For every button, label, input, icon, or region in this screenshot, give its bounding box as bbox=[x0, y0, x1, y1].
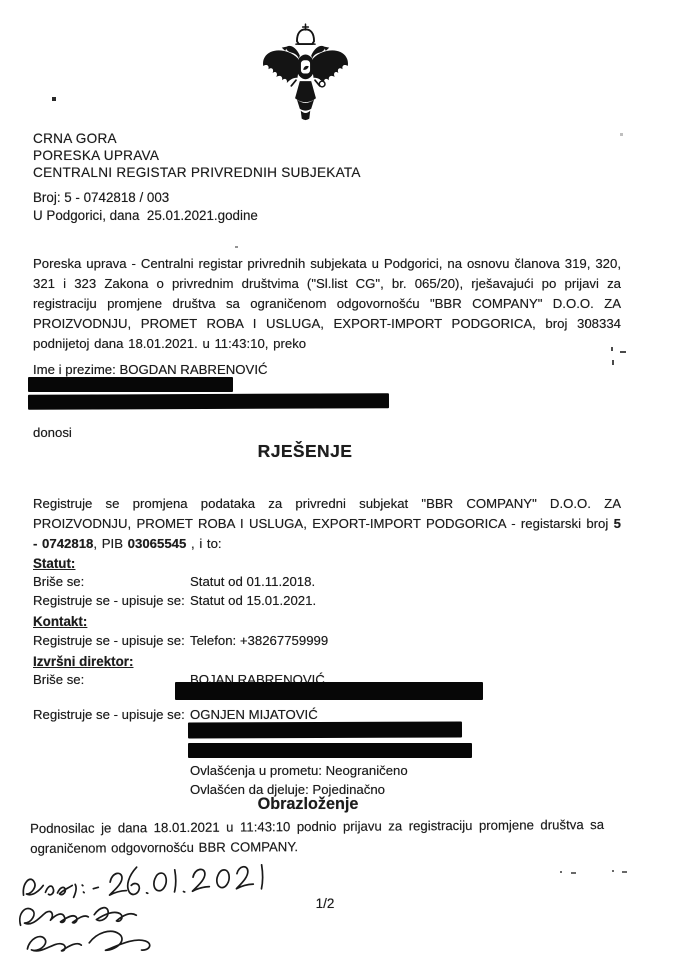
row-value: Telefon: +38267759999 bbox=[190, 633, 328, 648]
redaction-bar bbox=[188, 722, 462, 739]
authority-line-promet: Ovlašćenja u prometu: Neograničeno bbox=[190, 762, 408, 780]
scan-speck bbox=[611, 347, 613, 351]
document-number-line: Broj: 5 - 0742818 / 003 bbox=[33, 188, 169, 208]
redaction-bar bbox=[175, 682, 483, 700]
row-label: Registruje se - upisuje se: bbox=[33, 593, 190, 608]
row-label: Briše se: bbox=[33, 672, 190, 687]
explanation-title: Obrazloženje bbox=[0, 795, 616, 814]
scan-speck bbox=[560, 871, 562, 873]
scan-speck bbox=[622, 871, 627, 873]
scan-speck bbox=[585, 320, 587, 324]
row-label: Registruje se - upisuje se: bbox=[33, 633, 190, 648]
row-label: Briše se: bbox=[33, 574, 190, 589]
scan-speck bbox=[620, 133, 623, 136]
row-value: OGNJEN MIJATOVIĆ bbox=[190, 707, 318, 722]
page-number: 1/2 bbox=[0, 896, 650, 911]
table-row: Briše se:Statut od 01.11.2018. bbox=[33, 574, 315, 589]
table-row: Registruje se - upisuje se:Statut od 15.… bbox=[33, 593, 316, 608]
place-date-line: U Podgorici, dana 25.01.2021.godine bbox=[33, 206, 258, 226]
row-value: Statut od 15.01.2021. bbox=[190, 593, 316, 608]
redaction-bar bbox=[188, 743, 472, 758]
table-row: Registruje se - upisuje se:OGNJEN MIJATO… bbox=[33, 707, 318, 722]
section-heading-statut: Statut: bbox=[33, 556, 75, 571]
redaction-bar bbox=[28, 393, 389, 410]
decision-text: , PIB bbox=[93, 536, 127, 551]
scan-speck bbox=[52, 97, 56, 101]
row-value: Statut od 01.11.2018. bbox=[190, 574, 315, 589]
header-registry: CENTRALNI REGISTAR PRIVREDNIH SUBJEKATA bbox=[33, 164, 361, 181]
table-row: Registruje se - upisuje se:Telefon: +382… bbox=[33, 633, 328, 648]
decision-text: , i to: bbox=[186, 536, 221, 551]
header-country: CRNA GORA bbox=[33, 130, 117, 147]
applicant-name: BOGDAN RABRENOVIĆ bbox=[119, 362, 267, 377]
pib-number: 03065545 bbox=[128, 536, 187, 551]
scan-speck bbox=[235, 246, 238, 248]
section-heading-kontakt: Kontakt: bbox=[33, 614, 87, 629]
applicant-label: Ime i prezime: bbox=[33, 362, 119, 377]
document-page: CRNA GORA PORESKA UPRAVA CENTRALNI REGIS… bbox=[0, 0, 679, 960]
scan-speck bbox=[571, 872, 576, 874]
decision-paragraph: Registruje se promjena podataka za privr… bbox=[33, 494, 621, 554]
scan-speck bbox=[612, 870, 614, 872]
header-agency: PORESKA UPRAVA bbox=[33, 147, 159, 164]
scan-speck bbox=[612, 360, 614, 365]
intro-paragraph: Poreska uprava - Centralni registar priv… bbox=[33, 254, 621, 354]
decision-text: Registruje se promjena podataka za privr… bbox=[33, 496, 621, 531]
redaction-bar bbox=[28, 377, 233, 392]
decision-title: RJEŠENJE bbox=[0, 441, 610, 462]
montenegro-coat-of-arms-icon bbox=[258, 22, 353, 127]
donosi-word: donosi bbox=[33, 424, 72, 442]
row-label: Registruje se - upisuje se: bbox=[33, 707, 190, 722]
scan-speck bbox=[620, 351, 626, 353]
section-heading-direktor: Izvršni direktor: bbox=[33, 654, 133, 669]
